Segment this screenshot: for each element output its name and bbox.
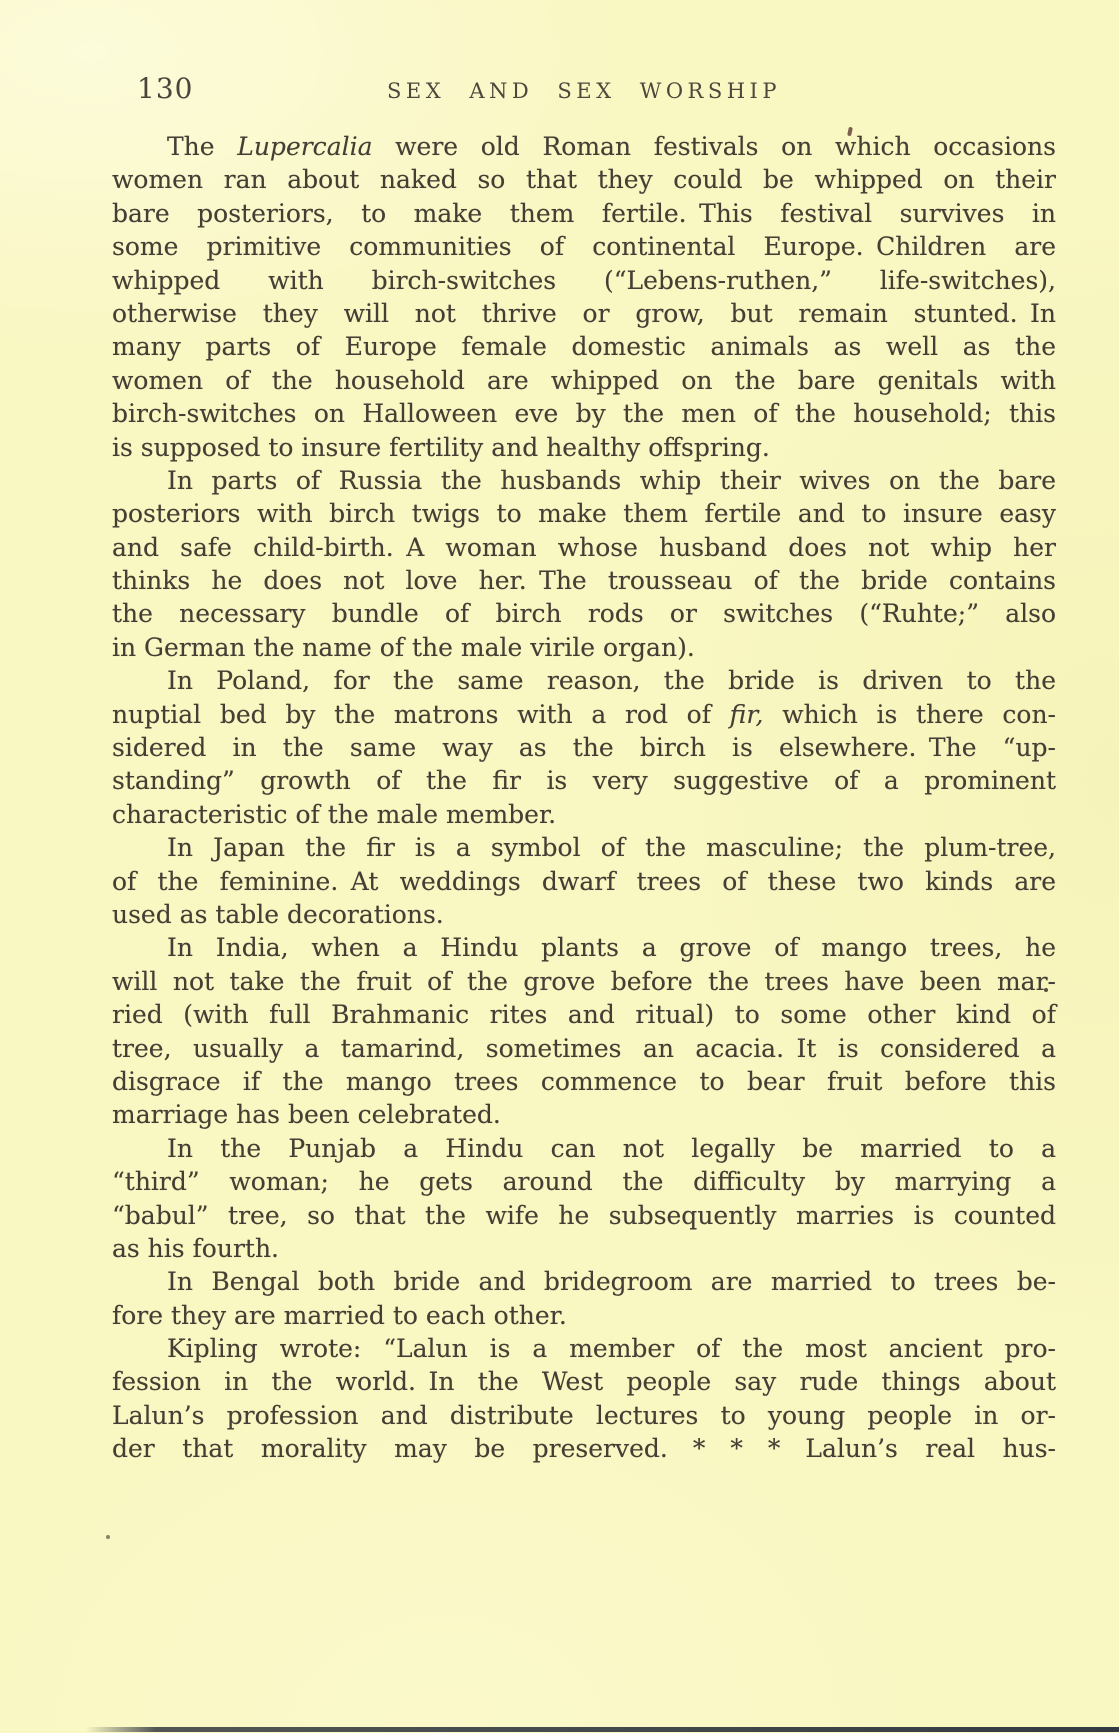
text-line: of the feminine. At weddings dwarf trees… <box>112 865 1056 898</box>
text-line: tree, usually a tamarind, sometimes an a… <box>112 1032 1056 1065</box>
text-line: characteristic of the male member. <box>112 798 1056 831</box>
text-line: is supposed to insure fertility and heal… <box>112 431 1056 464</box>
text-line: the necessary bundle of birch rods or sw… <box>112 597 1056 630</box>
text-line: women ran about naked so that they could… <box>112 163 1056 196</box>
text-line: thinks he does not love her. The trousse… <box>112 564 1056 597</box>
text-line: In parts of Russia the husbands whip the… <box>112 464 1056 497</box>
text-line: as his fourth. <box>112 1232 1056 1265</box>
text-line: In India, when a Hindu plants a grove of… <box>112 931 1056 964</box>
text-line: “babul” tree, so that the wife he subseq… <box>112 1199 1056 1232</box>
text-line: The Lupercalia were old Roman festivals … <box>112 130 1056 163</box>
text-line: birch-switches on Halloween eve by the m… <box>112 397 1056 430</box>
text-line: will not take the fruit of the grove bef… <box>112 965 1056 998</box>
body-text: The Lupercalia were old Roman festivals … <box>112 130 1056 1466</box>
text-line: some primitive communities of continenta… <box>112 230 1056 263</box>
text-line: whipped with birch-switches (“Lebens-rut… <box>112 264 1056 297</box>
text-line: fession in the world. In the West people… <box>112 1365 1056 1398</box>
text-line: sidered in the same way as the birch is … <box>112 731 1056 764</box>
text-line: fore they are married to each other. <box>112 1299 1056 1332</box>
scan-speck <box>106 1535 110 1539</box>
text-line: used as table decorations. <box>112 898 1056 931</box>
text-line: marriage has been celebrated. <box>112 1098 1056 1131</box>
text-line: and safe child-birth. A woman whose husb… <box>112 531 1056 564</box>
text-line: “third” woman; he gets around the diffic… <box>112 1165 1056 1198</box>
text-line: In Bengal both bride and bridegroom are … <box>112 1265 1056 1298</box>
text-line: standing” growth of the fir is very sugg… <box>112 764 1056 797</box>
text-line: Kipling wrote: “Lalun is a member of the… <box>112 1332 1056 1365</box>
scan-edge-strip <box>86 1727 1119 1732</box>
text-line: In Japan the fir is a symbol of the masc… <box>112 831 1056 864</box>
text-line: many parts of Europe female domestic ani… <box>112 330 1056 363</box>
text-line: otherwise they will not thrive or grow, … <box>112 297 1056 330</box>
book-page: 130 SEX AND SEX WORSHIP The Lupercalia w… <box>0 0 1119 1733</box>
text-line: der that morality may be preserved. * * … <box>112 1432 1056 1465</box>
text-line: Lalun’s profession and distribute lectur… <box>112 1399 1056 1432</box>
scan-speck <box>1044 988 1048 992</box>
text-line: disgrace if the mango trees commence to … <box>112 1065 1056 1098</box>
text-line: bare posteriors, to make them fertile. T… <box>112 197 1056 230</box>
text-line: nuptial bed by the matrons with a rod of… <box>112 698 1056 731</box>
text-line: In the Punjab a Hindu can not legally be… <box>112 1132 1056 1165</box>
text-line: women of the household are whipped on th… <box>112 364 1056 397</box>
running-head: SEX AND SEX WORSHIP <box>112 79 1056 103</box>
text-line: posteriors with birch twigs to make them… <box>112 497 1056 530</box>
text-line: in German the name of the male virile or… <box>112 631 1056 664</box>
text-line: ried (with full Brahmanic rites and ritu… <box>112 998 1056 1031</box>
text-line: In Poland, for the same reason, the brid… <box>112 664 1056 697</box>
